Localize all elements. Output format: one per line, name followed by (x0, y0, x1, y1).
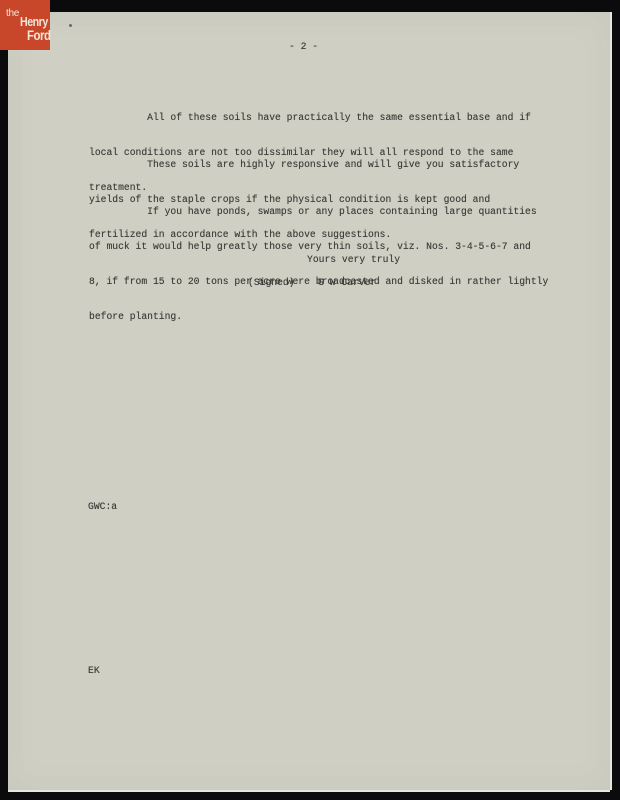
paragraph-line: These soils are highly responsive and wi… (89, 159, 569, 171)
signed-label: (Signed) (248, 277, 295, 289)
paragraph-line: before planting. (89, 311, 569, 323)
closing-salutation: Yours very truly (307, 254, 400, 266)
paper-edge-bottom (8, 790, 610, 792)
typist-initials: EK (88, 665, 100, 677)
logo-text-the: the (6, 9, 19, 19)
paragraph-line: If you have ponds, swamps or any places … (89, 206, 569, 218)
page-number: - 2 - (289, 41, 318, 53)
signature-name: G W Carver (318, 277, 376, 289)
paper-blemish (69, 24, 72, 27)
reference-initials: GWC:a (88, 501, 117, 513)
paragraph-line: All of these soils have practically the … (89, 112, 569, 124)
logo-text-ford: Ford (27, 28, 51, 42)
paragraph-line: of muck it would help greatly those very… (89, 241, 569, 253)
paper-edge-right (610, 12, 612, 790)
henry-ford-logo: the Henry Ford (0, 0, 50, 50)
